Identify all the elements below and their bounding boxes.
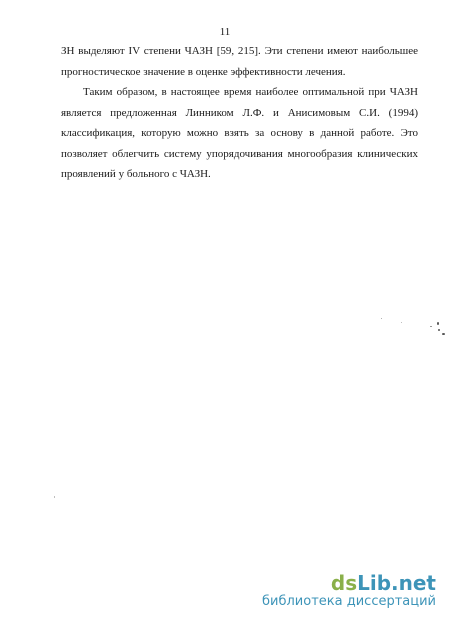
watermark-logo: dsLib.net xyxy=(262,572,436,594)
watermark-logo-lib: Lib.net xyxy=(357,571,436,595)
text-line: прогностическое значение в оценке эффект… xyxy=(61,62,418,83)
text-line: ЗН выделяют IV степени ЧАЗН [59, 215]. Э… xyxy=(61,41,418,62)
text-line: является предложенная Линником Л.Ф. и Ан… xyxy=(61,103,418,124)
watermark-subtitle: библиотека диссертаций xyxy=(262,594,436,610)
text-line: классификация, которую можно взять за ос… xyxy=(61,123,418,144)
scan-artifact xyxy=(437,322,439,325)
text-line: позволяет облегчить систему упорядочиван… xyxy=(61,144,418,165)
scan-artifact xyxy=(54,496,55,498)
scan-artifact xyxy=(401,322,402,323)
dslib-watermark: dsLib.net библиотека диссертаций xyxy=(262,572,436,610)
scan-artifact xyxy=(438,329,440,331)
scan-artifact xyxy=(442,333,445,335)
page-number: 11 xyxy=(0,26,450,38)
paragraph-2: Таким образом, в настоящее время наиболе… xyxy=(61,82,418,185)
scan-artifact xyxy=(381,318,382,319)
watermark-logo-ds: ds xyxy=(331,571,357,595)
scan-artifact xyxy=(430,326,432,327)
text-line: проявлений у больного с ЧАЗН. xyxy=(61,164,418,185)
text-line: Таким образом, в настоящее время наиболе… xyxy=(61,82,418,103)
paragraph-1: ЗН выделяют IV степени ЧАЗН [59, 215]. Э… xyxy=(61,41,418,82)
